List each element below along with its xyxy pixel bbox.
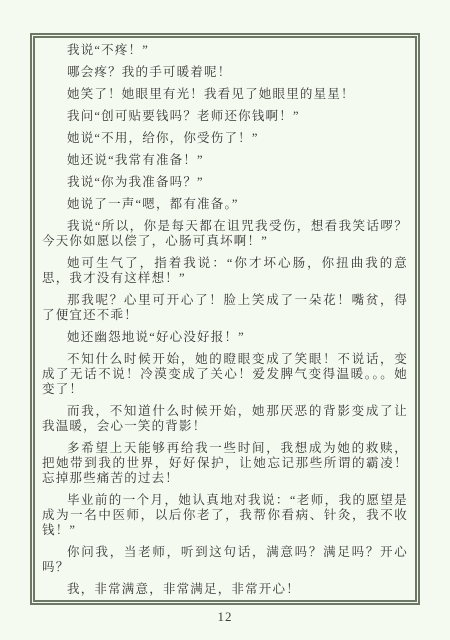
paragraph: 我，非常满意，非常满足，非常开心！ <box>42 582 408 597</box>
paragraph: 她笑了！她眼里有光！我看见了她眼里的星星！ <box>42 87 408 102</box>
paragraph: 我说“所以，你是每天都在诅咒我受伤，想看我笑话啰？今天你如愿以偿了，心肠可真坏啊… <box>42 219 408 249</box>
paragraph: 她还说“我常有准备！” <box>42 153 408 168</box>
paragraph: 哪会疼？我的手可暖着呢！ <box>42 65 408 80</box>
paragraph: 你问我，当老师，听到这句话，满意吗？满足吗？开心吗？ <box>42 545 408 575</box>
paragraph: 不知什么时候开始，她的瞪眼变成了笑眼！不说话，变成了无话不说！冷漠变成了关心！爱… <box>42 352 408 397</box>
paragraph: 我问“创可贴要钱吗？老师还你钱啊！” <box>42 109 408 124</box>
paragraph: 她说“不用，给你，你受伤了！” <box>42 131 408 146</box>
page-border-frame: 我说“不疼！” 哪会疼？我的手可暖着呢！ 她笑了！她眼里有光！我看见了她眼里的星… <box>30 33 420 605</box>
paragraph: 她说了一声“嗯，都有准备。” <box>42 197 408 212</box>
paragraph: 多希望上天能够再给我一些时间，我想成为她的救赎，把她带到我的世界，好好保护，让她… <box>42 441 408 486</box>
paragraph: 她可生气了，指着我说：“你才坏心肠，你扭曲我的意思，我才没有这样想！” <box>42 256 408 286</box>
paragraph: 我说“不疼！” <box>42 43 408 58</box>
page-number: 12 <box>0 609 450 625</box>
paragraph: 而我，不知道什么时候开始，她那厌恶的背影变成了让我温暖，会心一笑的背影！ <box>42 404 408 434</box>
paragraph: 她还幽怨地说“好心没好报！” <box>42 330 408 345</box>
paragraph: 毕业前的一个月，她认真地对我说：“老师，我的愿望是成为一名中医师，以后你老了，我… <box>42 493 408 538</box>
paragraph: 我说“你为我准备吗？” <box>42 175 408 190</box>
paragraph: 那我呢？心里可开心了！脸上笑成了一朵花！嘴贫，得了便宜还不乖！ <box>42 293 408 323</box>
